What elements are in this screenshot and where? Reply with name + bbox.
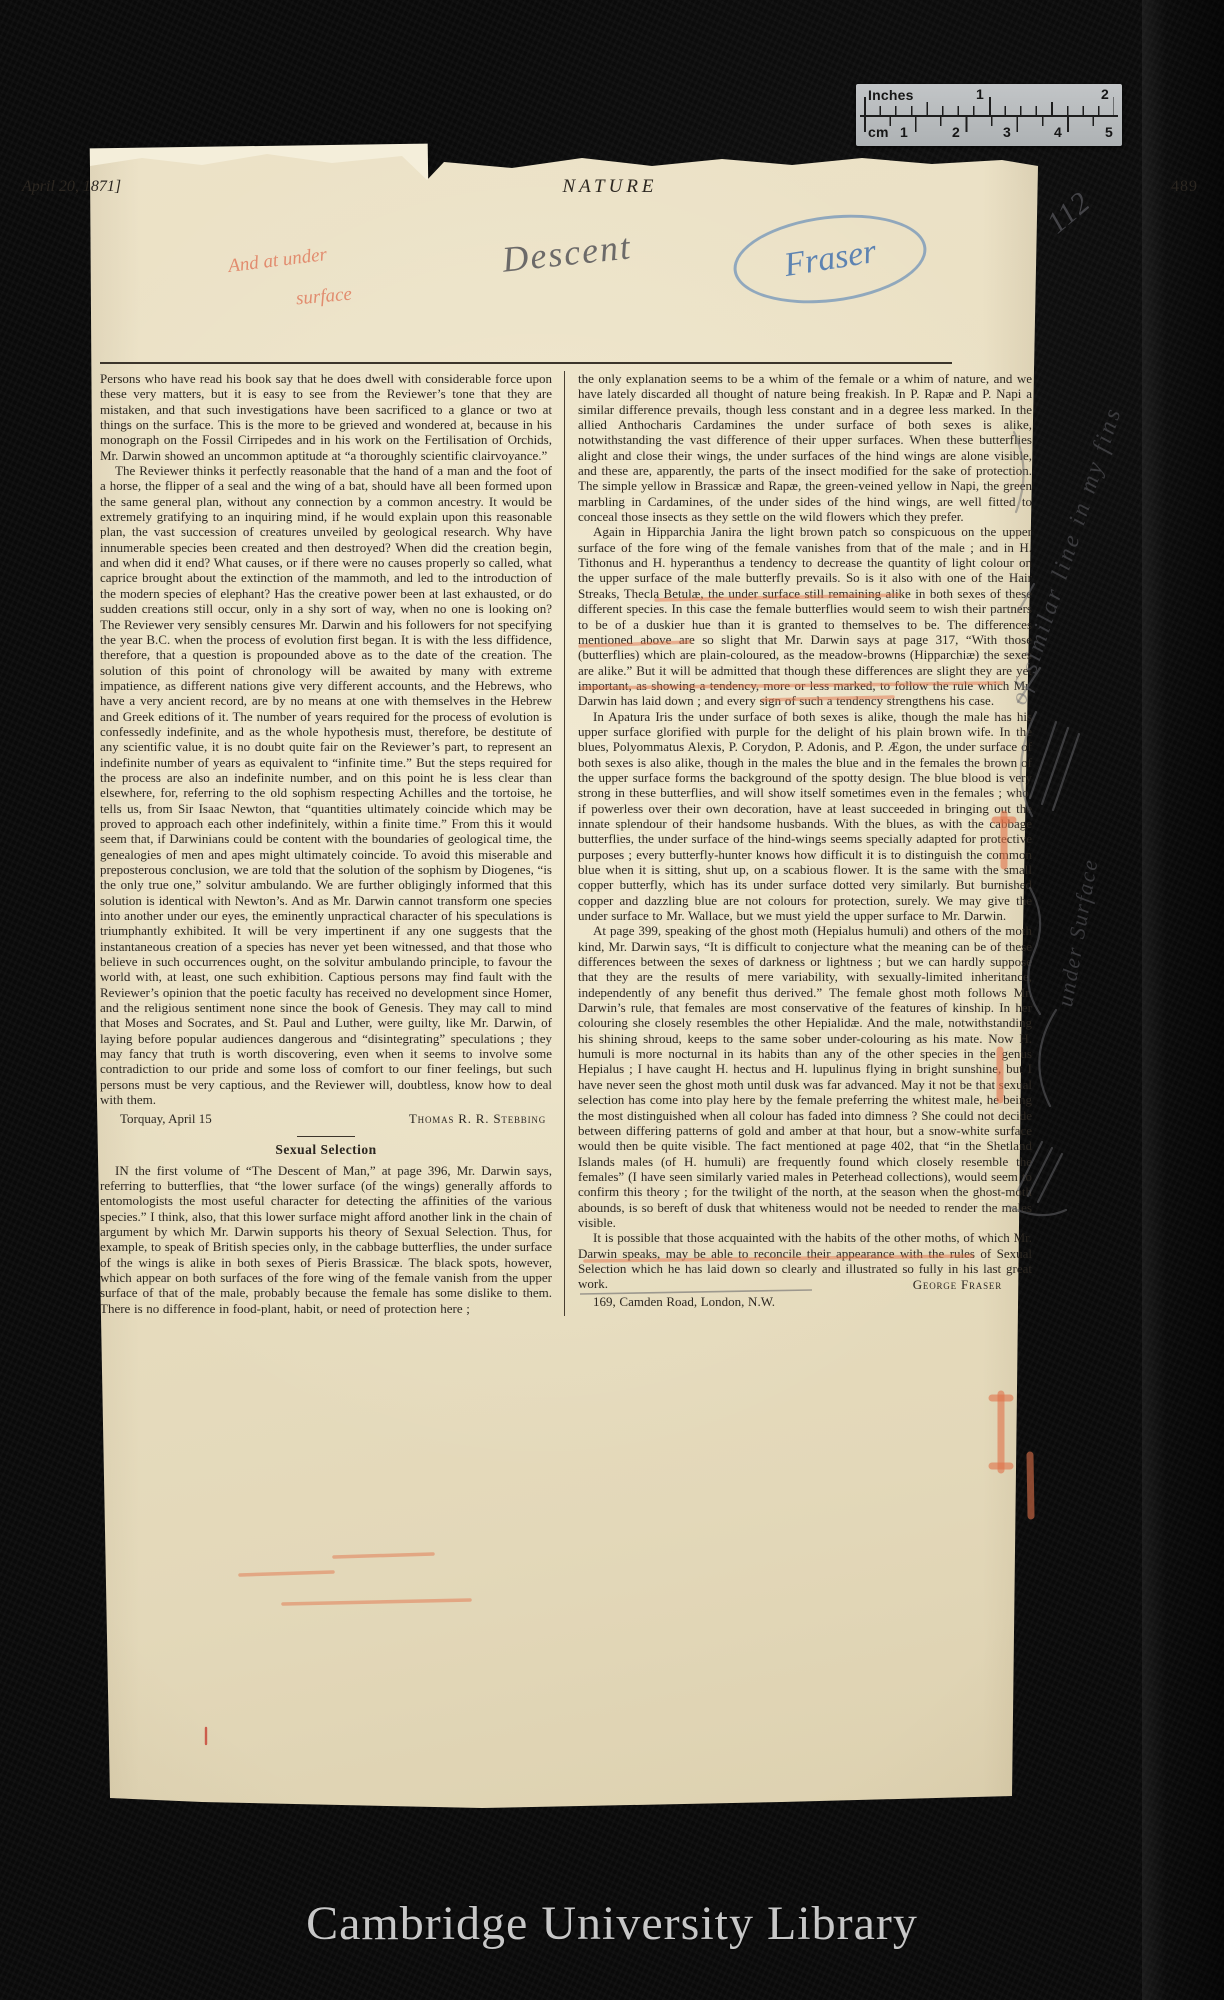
ruler-cm-4: 4 [1054,124,1062,140]
paragraph: In Apatura Iris the under surface of bot… [578,709,1032,924]
ruler-inches-label: Inches [868,87,914,103]
ruler-inch-2: 2 [1101,86,1109,102]
signature-name: Thomas R. R. Stebbing [409,1111,546,1127]
signature-address: 169, Camden Road, London, N.W. [578,1294,1032,1309]
signature-name: George Fraser [578,1277,1032,1293]
paragraph: The Reviewer thinks it perfectly reasona… [100,463,552,1107]
paragraph: the only explanation seems to be a whim … [578,371,1032,524]
page-number: 489 [1171,178,1198,196]
header-rule [100,362,952,364]
cloth-fold [1142,0,1224,2000]
blue-stamp-text: Fraser [781,233,878,285]
section-divider [297,1136,355,1137]
ruler-cm-2: 2 [952,124,960,140]
signature-place: Torquay, April 15 [120,1111,212,1127]
paragraph: At page 399, speaking of the ghost moth … [578,923,1032,1230]
section-heading: Sexual Selection [100,1142,552,1158]
ruler-cm-1: 1 [900,124,908,140]
journal-title: NATURE [20,176,1200,198]
ruler-cm-3: 3 [1003,124,1011,140]
paragraph: Again in Hipparchia Janira the light bro… [578,524,1032,708]
text-columns: Persons who have read his book say that … [100,371,1034,1316]
page-header: April 20, 1871] NATURE 489 [20,176,1200,202]
left-column: Persons who have read his book say that … [100,371,564,1316]
ruler-cm-label: cm [868,124,889,140]
right-column: the only explanation seems to be a whim … [564,371,1032,1316]
signature-row: Torquay, April 15 Thomas R. R. Stebbing [100,1108,552,1127]
paragraph: Persons who have read his book say that … [100,371,552,463]
measurement-ruler: Inches 1 2 cm 1 2 3 4 5 [856,84,1122,146]
ruler-cm-5: 5 [1105,124,1113,140]
paragraph: IN the first volume of “The Descent of M… [100,1163,552,1316]
ruler-inch-1: 1 [976,86,984,102]
library-watermark: Cambridge University Library [0,1896,1224,1951]
